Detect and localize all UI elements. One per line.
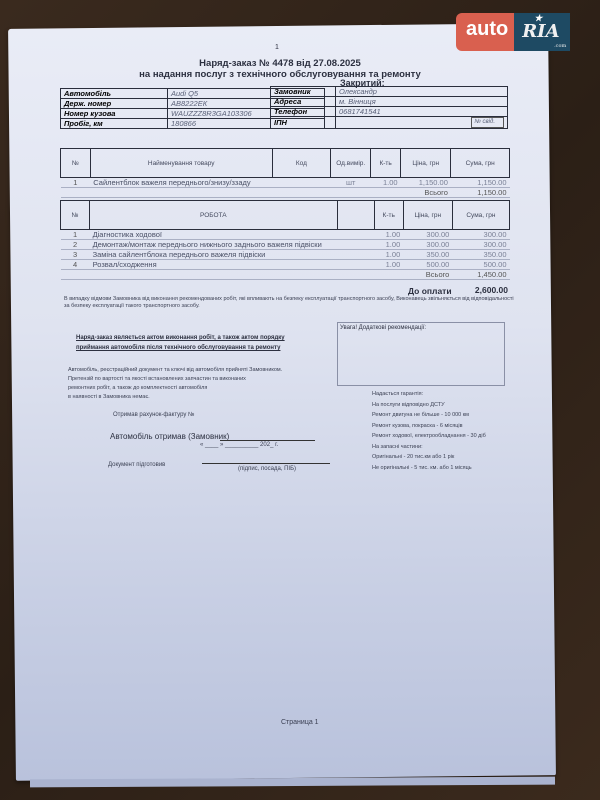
row-no: 2: [61, 240, 90, 250]
vehicle-label: Номер кузова: [61, 109, 168, 119]
row-code: [272, 178, 331, 188]
row-name: Розвал/сходження: [90, 260, 338, 270]
row-sum: 500.00: [452, 260, 509, 270]
consent-line: Претензій по вартості та якості встановл…: [68, 375, 328, 384]
col-header: №: [61, 201, 90, 230]
page-number-top: 1: [275, 44, 279, 51]
disclaimer-text: В випадку відмови Замовника від виконанн…: [64, 296, 514, 310]
table-row: 4Розвал/сходження1.00500.00500.00: [61, 260, 510, 270]
col-header: Сума, грн: [451, 149, 510, 178]
customer-label: ІПН: [271, 117, 336, 129]
spacer: [61, 270, 404, 280]
row-qty: 1.00: [374, 230, 403, 240]
guarantee-line: Надається гарантія:: [372, 389, 486, 400]
customer-label: Замовник: [271, 87, 336, 97]
vehicle-label: Пробіг, км: [61, 119, 168, 129]
customer-row: ІПН№ свід.: [271, 117, 508, 129]
row-qty: 1.00: [371, 178, 401, 188]
paper-stack-edge: [30, 777, 555, 788]
col-header: Код: [272, 149, 331, 178]
consent-line: в наявності в Замовника немає.: [68, 393, 328, 402]
row-sum: 300.00: [452, 240, 509, 250]
guarantee-line: Ремонт кузова, покраска - 6 місяців: [372, 421, 486, 432]
recommendations-label: Увага! Додаткові рекомендації:: [340, 325, 426, 331]
col-header: №: [61, 149, 91, 178]
works-table: № РОБОТА К-ть Ціна, грн Сума, грн 1Діагн…: [60, 200, 510, 280]
table-row: 1 Сайлентблок важеля переднього/знизу/зз…: [61, 178, 510, 188]
row-price: 300.00: [403, 230, 452, 240]
customer-row: ЗамовникОлександр: [271, 87, 508, 97]
logo-ria-block: ★ RIA .com: [514, 13, 570, 51]
customer-value: 0681741541: [336, 107, 508, 117]
customer-value: № свід.: [336, 117, 508, 129]
row-price: 300.00: [403, 240, 452, 250]
customer-row: Адресам. Вінниця: [271, 97, 508, 107]
customer-label: Телефон: [271, 107, 336, 117]
goods-total-value: 1,150.00: [451, 188, 510, 198]
row-empty: [337, 260, 374, 270]
guarantee-line: На запасні частини:: [372, 442, 486, 453]
col-header: [337, 201, 374, 230]
vehicle-label: Держ. номер: [61, 99, 168, 109]
prepared-signature-line: [202, 463, 330, 464]
consent-block: Автомобіль, реєстраційний документ та кл…: [68, 366, 328, 402]
guarantee-line: Ремонт двигуна не більше - 10 000 км: [372, 410, 486, 421]
spacer: [61, 188, 401, 198]
goods-header-row: № Найменування товару Код Од.вимір. К-ть…: [61, 149, 510, 178]
vehicle-label: Автомобіль: [61, 89, 168, 99]
col-header: К-ть: [374, 201, 403, 230]
col-header: Сума, грн: [452, 201, 509, 230]
row-empty: [337, 240, 374, 250]
row-sum: 1,150.00: [451, 178, 510, 188]
row-empty: [337, 250, 374, 260]
signature-caption: (підпис, посада, ПІБ): [238, 466, 296, 472]
col-header: К-ть: [371, 149, 401, 178]
date-placeholder: « ____ » __________ 202_ г.: [200, 442, 278, 448]
guarantee-line: Оригінальні - 20 тис.км або 1 рік: [372, 452, 486, 463]
to-pay-value: 2,600.00: [460, 285, 508, 295]
works-total-label: Всього: [403, 270, 452, 280]
table-row: 3Заміна сайлентблока переднього важеля п…: [61, 250, 510, 260]
goods-total-label: Всього: [401, 188, 451, 198]
guarantee-line: Ремонт ходової, електрообладнання - 30 д…: [372, 431, 486, 442]
row-qty: 1.00: [374, 250, 403, 260]
consent-line: ремонтних робіт, а також до комплектност…: [68, 384, 328, 393]
consent-line: Автомобіль, реєстраційний документ та кл…: [68, 366, 328, 375]
guarantee-line: На послуги відповідно ДСТУ: [372, 400, 486, 411]
row-price: 500.00: [403, 260, 452, 270]
customer-value: Олександр: [336, 87, 508, 97]
row-sum: 350.00: [452, 250, 509, 260]
footer-page-number: Страница 1: [281, 719, 319, 726]
table-row: 2Демонтаж/монтаж переднього нижнього зад…: [61, 240, 510, 250]
logo-ria-text: RIA: [522, 21, 559, 42]
works-total-row: Всього 1,450.00: [61, 270, 510, 280]
row-qty: 1.00: [374, 260, 403, 270]
logo-auto-text: auto: [456, 13, 514, 51]
col-header: Ціна, грн: [401, 149, 451, 178]
goods-total-row: Всього 1,150.00: [61, 188, 510, 198]
invoice-label: Отримав рахунок-фактуру №: [113, 412, 194, 418]
works-header-row: № РОБОТА К-ть Ціна, грн Сума, грн: [61, 201, 510, 230]
row-qty: 1.00: [374, 240, 403, 250]
table-row: 1Діагностика ходової1.00300.00300.00: [61, 230, 510, 240]
row-unit: шт: [331, 178, 371, 188]
row-price: 350.00: [403, 250, 452, 260]
row-name: Діагностика ходової: [90, 230, 338, 240]
document-subtitle: на надання послуг з технічного обслугову…: [130, 69, 430, 80]
customer-label: Адреса: [271, 97, 336, 107]
logo-com-text: .com: [554, 43, 566, 49]
row-no: 4: [61, 260, 90, 270]
customer-row: Телефон0681741541: [271, 107, 508, 117]
row-no: 3: [61, 250, 90, 260]
received-label: Автомобіль отримав (Замовник): [110, 432, 229, 441]
customer-value: м. Вінниця: [336, 97, 508, 107]
received-signature-line: [220, 440, 315, 441]
guarantee-line: Не оригінальні - 5 тис. км. або 1 місяць: [372, 463, 486, 474]
row-name: Демонтаж/монтаж переднього нижнього задн…: [90, 240, 338, 250]
row-sum: 300.00: [452, 230, 509, 240]
col-header: Од.вимір.: [331, 149, 371, 178]
col-header: Найменування товару: [90, 149, 272, 178]
act-note: Наряд-заказ являється актом виконання ро…: [68, 333, 291, 353]
star-icon: ★: [534, 14, 542, 24]
works-total-value: 1,450.00: [452, 270, 509, 280]
goods-table: № Найменування товару Код Од.вимір. К-ть…: [60, 148, 510, 198]
certificate-label: № свід.: [471, 117, 504, 128]
autoria-watermark-logo: auto ★ RIA .com: [456, 13, 570, 51]
document-title: Наряд-заказ № 4478 від 27.08.2025: [130, 58, 430, 69]
col-header: Ціна, грн: [403, 201, 452, 230]
col-header: РОБОТА: [90, 201, 338, 230]
row-no: 1: [61, 178, 91, 188]
guarantee-block: Надається гарантія: На послуги відповідн…: [372, 389, 486, 473]
row-name: Заміна сайлентблока переднього важеля пі…: [90, 250, 338, 260]
recommendations-box: Увага! Додаткові рекомендації:: [337, 322, 505, 386]
row-price: 1,150.00: [401, 178, 451, 188]
prepared-label: Документ підготовив: [108, 462, 165, 468]
row-name: Сайлентблок важеля переднього/знизу/ззад…: [90, 178, 272, 188]
to-pay-label: До оплати: [408, 286, 452, 296]
row-empty: [337, 230, 374, 240]
row-no: 1: [61, 230, 90, 240]
customer-info-table: ЗамовникОлександр Адресам. Вінниця Телеф…: [270, 86, 508, 129]
